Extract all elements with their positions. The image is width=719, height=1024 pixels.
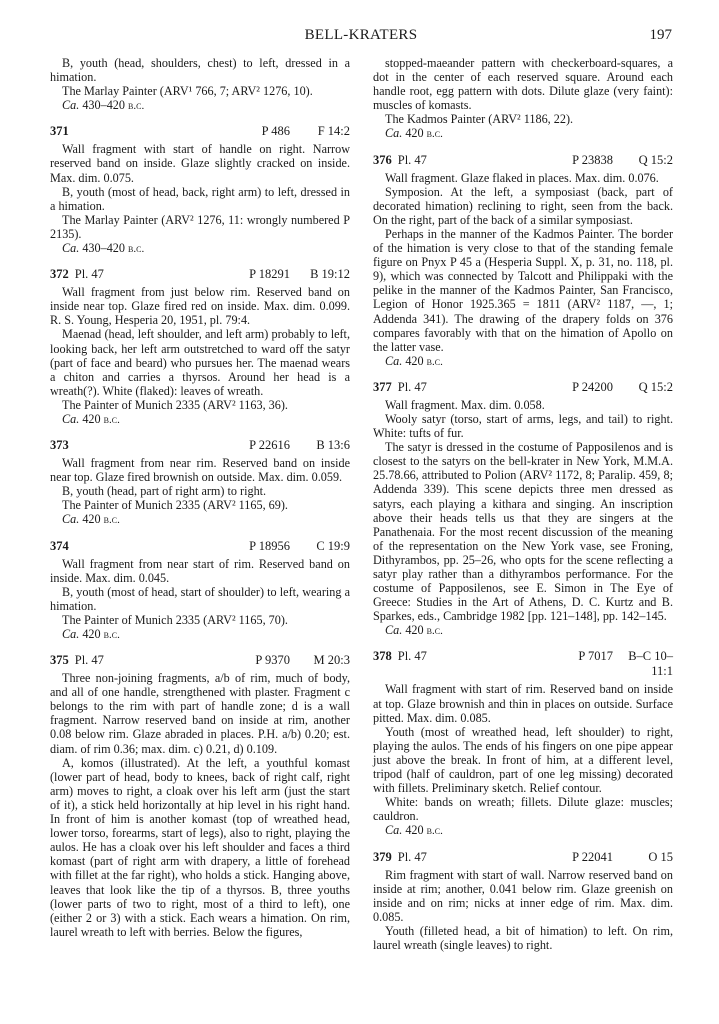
entry-number: 378 — [373, 649, 392, 679]
grid-location: B–C 10–11:1 — [613, 649, 673, 679]
plate-reference: Pl. 47 — [398, 380, 427, 395]
entry-number: 373 — [50, 438, 69, 453]
paragraph: The satyr is dressed in the costume of P… — [373, 440, 673, 623]
entry-body: Wall fragment with start of rim. Reserve… — [373, 682, 673, 838]
plate-reference: Pl. 47 — [398, 153, 427, 168]
paragraph: Symposion. At the left, a symposiast (ba… — [373, 185, 673, 227]
paragraph: Youth (filleted head, a bit of himation)… — [373, 924, 673, 952]
entry-heading: 379 Pl. 47 P 22041 O 15 — [373, 850, 673, 865]
catalog-entry: 371 P 486 F 14:2 Wall fragment with star… — [50, 124, 350, 256]
grid-location: C 19:9 — [290, 539, 350, 554]
entry-body: Wall fragment from just below rim. Reser… — [50, 285, 350, 427]
paragraph: Wooly satyr (torso, start of arms, legs,… — [373, 412, 673, 440]
inventory-number: P 7017 — [543, 649, 613, 679]
paragraph: B, youth (head, part of right arm) to ri… — [50, 484, 350, 498]
date-line: Ca. 430–420 b.c. — [50, 98, 350, 113]
entry-heading: 375 Pl. 47 P 9370 M 20:3 — [50, 653, 350, 668]
entry-number: 372 — [50, 267, 69, 282]
paragraph: The Marlay Painter (ARV² 1276, 11: wrong… — [50, 213, 350, 241]
inventory-number: P 23838 — [543, 153, 613, 168]
paragraph: Wall fragment. Glaze flaked in places. M… — [373, 171, 673, 185]
entry-body: Wall fragment. Max. dim. 0.058.Wooly sat… — [373, 398, 673, 639]
paragraph: The Painter of Munich 2335 (ARV² 1165, 7… — [50, 613, 350, 627]
paragraph: Wall fragment. Max. dim. 0.058. — [373, 398, 673, 412]
catalog-entry: 378 Pl. 47 P 7017 B–C 10–11:1 Wall fragm… — [373, 649, 673, 838]
entry-heading: 376 Pl. 47 P 23838 Q 15:2 — [373, 153, 673, 168]
paragraph: The Painter of Munich 2335 (ARV² 1165, 6… — [50, 498, 350, 512]
date-line: Ca. 420 b.c. — [373, 623, 673, 638]
entry-body: Wall fragment from near rim. Reserved ba… — [50, 456, 350, 527]
grid-location: M 20:3 — [290, 653, 350, 668]
plate-reference: Pl. 47 — [398, 850, 427, 865]
inventory-number: P 22616 — [220, 438, 290, 453]
paragraph: Rim fragment with start of wall. Narrow … — [373, 868, 673, 924]
date-line: Ca. 420 b.c. — [50, 412, 350, 427]
paragraph: Wall fragment with start of rim. Reserve… — [373, 682, 673, 724]
paragraph: Wall fragment from near rim. Reserved ba… — [50, 456, 350, 484]
entry-number: 379 — [373, 850, 392, 865]
date-line: Ca. 420 b.c. — [373, 823, 673, 838]
inventory-number: P 9370 — [220, 653, 290, 668]
grid-location: O 15 — [613, 850, 673, 865]
entry-body: Wall fragment from near start of rim. Re… — [50, 557, 350, 643]
attribution: The Kadmos Painter (ARV² 1186, 22). — [373, 112, 673, 126]
right-column: stopped-maeander pattern with checkerboa… — [373, 56, 673, 952]
paragraph: The Painter of Munich 2335 (ARV² 1163, 3… — [50, 398, 350, 412]
entry-heading: 378 Pl. 47 P 7017 B–C 10–11:1 — [373, 649, 673, 679]
date-line: Ca. 420 b.c. — [50, 627, 350, 642]
catalog-entry: 379 Pl. 47 P 22041 O 15 Rim fragment wit… — [373, 850, 673, 953]
entry-body: Rim fragment with start of wall. Narrow … — [373, 868, 673, 953]
grid-location: Q 15:2 — [613, 380, 673, 395]
inventory-number: P 18956 — [220, 539, 290, 554]
inventory-number: P 22041 — [543, 850, 613, 865]
paragraph: B, youth (most of head, back, right arm)… — [50, 185, 350, 213]
plate-reference: Pl. 47 — [75, 653, 104, 668]
paragraph: B, youth (head, shoulders, chest) to lef… — [50, 56, 350, 84]
grid-location: B 19:12 — [290, 267, 350, 282]
inventory-number: P 18291 — [220, 267, 290, 282]
entry-list: 371 P 486 F 14:2 Wall fragment with star… — [50, 124, 350, 939]
entry-heading: 374 P 18956 C 19:9 — [50, 539, 350, 554]
paragraph: Youth (most of wreathed head, left shoul… — [373, 725, 673, 795]
paragraph: Wall fragment with start of handle on ri… — [50, 142, 350, 184]
left-column: B, youth (head, shoulders, chest) to lef… — [50, 56, 350, 939]
page-header: BELL-KRATERS 197 — [50, 27, 672, 45]
entry-heading: 371 P 486 F 14:2 — [50, 124, 350, 139]
catalog-entry: 375 Pl. 47 P 9370 M 20:3 Three non-joini… — [50, 653, 350, 939]
plate-reference: Pl. 47 — [398, 649, 427, 679]
entry-number: 371 — [50, 124, 69, 139]
entry-body: Wall fragment. Glaze flaked in places. M… — [373, 171, 673, 369]
page-number: 197 — [650, 27, 673, 44]
paragraph: Wall fragment from near start of rim. Re… — [50, 557, 350, 585]
continuation-block: B, youth (head, shoulders, chest) to lef… — [50, 56, 350, 113]
entry-list: 376 Pl. 47 P 23838 Q 15:2 Wall fragment.… — [373, 153, 673, 953]
catalog-entry: 376 Pl. 47 P 23838 Q 15:2 Wall fragment.… — [373, 153, 673, 369]
paragraph: stopped-maeander pattern with checkerboa… — [373, 56, 673, 112]
paragraph: Three non-joining fragments, a/b of rim,… — [50, 671, 350, 756]
date-line: Ca. 430–420 b.c. — [50, 241, 350, 256]
catalog-entry: 372 Pl. 47 P 18291 B 19:12 Wall fragment… — [50, 267, 350, 427]
paragraph: Wall fragment from just below rim. Reser… — [50, 285, 350, 327]
date-line: Ca. 420 b.c. — [50, 512, 350, 527]
catalog-entry: 377 Pl. 47 P 24200 Q 15:2 Wall fragment.… — [373, 380, 673, 639]
entry-number: 375 — [50, 653, 69, 668]
entry-number: 374 — [50, 539, 69, 554]
entry-heading: 372 Pl. 47 P 18291 B 19:12 — [50, 267, 350, 282]
grid-location: B 13:6 — [290, 438, 350, 453]
paragraph: A, komos (illustrated). At the left, a y… — [50, 756, 350, 939]
grid-location: F 14:2 — [290, 124, 350, 139]
date-line: Ca. 420 b.c. — [373, 354, 673, 369]
paragraph: Perhaps in the manner of the Kadmos Pain… — [373, 227, 673, 354]
entry-heading: 373 P 22616 B 13:6 — [50, 438, 350, 453]
paragraph: White: bands on wreath; fillets. Dilute … — [373, 795, 673, 823]
paragraph: B, youth (most of head, start of shoulde… — [50, 585, 350, 613]
catalog-entry: 374 P 18956 C 19:9 Wall fragment from ne… — [50, 539, 350, 643]
inventory-number: P 486 — [220, 124, 290, 139]
entry-body: Wall fragment with start of handle on ri… — [50, 142, 350, 256]
entry-heading: 377 Pl. 47 P 24200 Q 15:2 — [373, 380, 673, 395]
plate-reference: Pl. 47 — [75, 267, 104, 282]
entry-body: Three non-joining fragments, a/b of rim,… — [50, 671, 350, 939]
paragraph: Maenad (head, left shoulder, and left ar… — [50, 327, 350, 397]
continuation-block: stopped-maeander pattern with checkerboa… — [373, 56, 673, 142]
entry-number: 377 — [373, 380, 392, 395]
grid-location: Q 15:2 — [613, 153, 673, 168]
date-line: Ca. 420 b.c. — [373, 126, 673, 141]
inventory-number: P 24200 — [543, 380, 613, 395]
entry-number: 376 — [373, 153, 392, 168]
attribution: The Marlay Painter (ARV¹ 766, 7; ARV² 12… — [50, 84, 350, 98]
catalog-entry: 373 P 22616 B 13:6 Wall fragment from ne… — [50, 438, 350, 527]
running-title: BELL-KRATERS — [50, 27, 672, 44]
